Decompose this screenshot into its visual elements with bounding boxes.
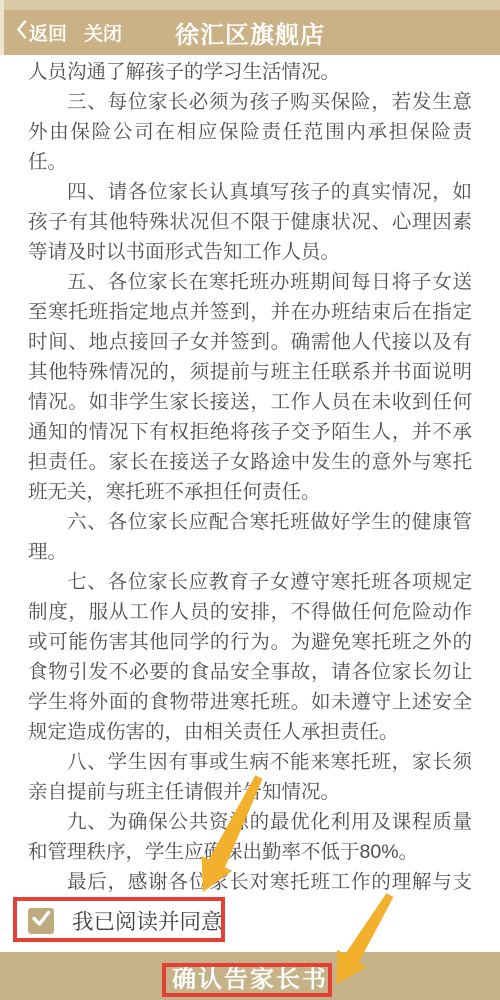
agreement-intro-fragment: 人员沟通了解孩子的学习生活情况。 <box>28 57 472 87</box>
back-label: 返回 <box>29 19 67 46</box>
agreement-text[interactable]: 人员沟通了解孩子的学习生活情况。 三、每位家长必须为孩子购买保险，若发生意外由保… <box>0 55 500 899</box>
checkmark-icon <box>28 905 54 936</box>
close-button[interactable]: 关闭 <box>84 19 122 46</box>
status-bar <box>0 0 500 10</box>
agreement-paragraph: 六、各位家长应配合寒托班做好学生的健康管理。 <box>28 507 472 567</box>
footer-bar: 确认告家长书 <box>0 952 500 1000</box>
agreement-paragraph: 三、每位家长必须为孩子购买保险，若发生意外由保险公司在相应保险责任范围内承担保险… <box>28 87 472 177</box>
agree-checkbox[interactable] <box>28 908 54 934</box>
agreement-paragraph: 五、各位家长在寒托班办班期间每日将子女送至寒托班指定地点并签到，并在办班结束后在… <box>28 267 472 507</box>
parent-letter-page: 徐汇区旗舰店 返回 关闭 人员沟通了解孩子的学习生活情况。 三、每位家长必须为孩… <box>0 0 500 1000</box>
back-button[interactable]: 返回 <box>16 19 67 46</box>
header-nav: 返回 关闭 <box>16 10 122 55</box>
agreement-paragraphs: 三、每位家长必须为孩子购买保险，若发生意外由保险公司在相应保险责任范围内承担保险… <box>28 87 472 899</box>
close-label: 关闭 <box>84 19 122 46</box>
agree-checkbox-label: 我已阅读并同意 <box>72 905 223 936</box>
agree-row: 我已阅读并同意 <box>28 905 223 936</box>
agreement-paragraph: 八、学生因有事或生病不能来寒托班，家长须亲自提前与班主任请假并告知情况。 <box>28 747 472 807</box>
agreement-paragraph: 七、各位家长应教育子女遵守寒托班各项规定制度，服从工作人员的安排，不得做任何危险… <box>28 567 472 747</box>
agreement-paragraph: 最后，感谢各位家长对寒托班工作的理解与支持。我们将全力为学生提供安全、快乐、有意… <box>28 867 472 899</box>
app-header: 徐汇区旗舰店 返回 关闭 <box>0 10 500 55</box>
screen-edge-artifact <box>0 0 4 55</box>
agreement-paragraph: 九、为确保公共资源的最优化利用及课程质量和管理秩序，学生应确保出勤率不低于80%… <box>28 807 472 867</box>
confirm-button[interactable]: 确认告家长书 <box>0 952 500 1000</box>
chevron-left-icon <box>16 20 27 45</box>
agreement-paragraph: 四、请各位家长认真填写孩子的真实情况，如孩子有其他特殊状况但不限于健康状况、心理… <box>28 177 472 267</box>
